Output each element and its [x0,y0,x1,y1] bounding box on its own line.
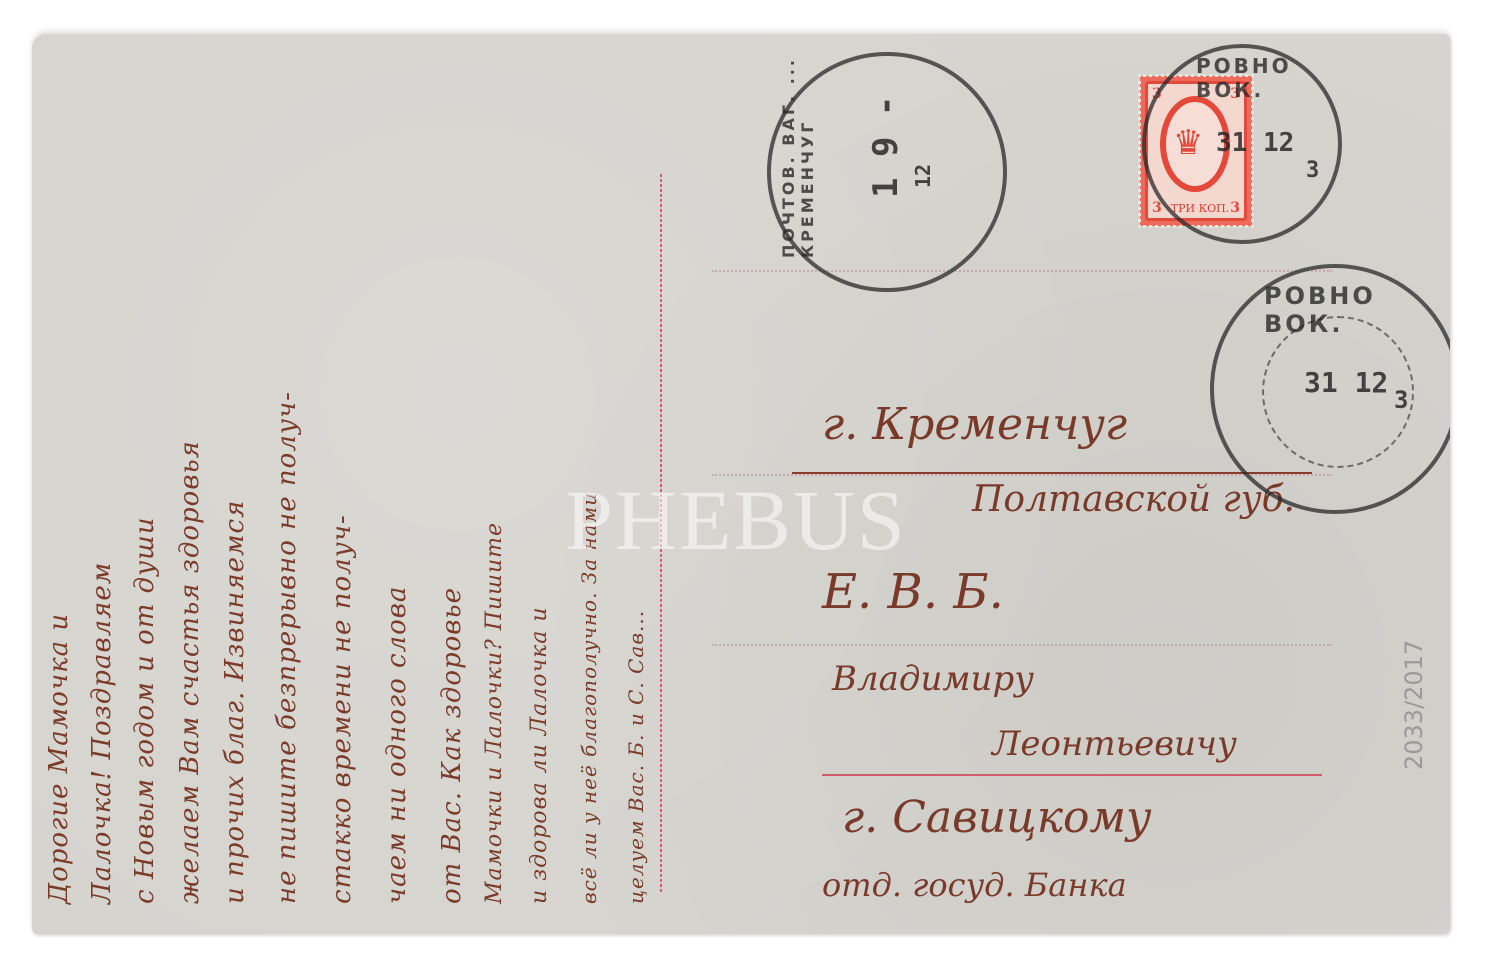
message-line: стакко времени не получ- [327,514,357,904]
message-line: с Новым годом и от души [130,516,160,904]
archive-number: 2033/2017 [1400,640,1428,770]
phebus-watermark: PHEBUS [565,470,907,570]
address-city: г. Кременчуг [822,399,1127,450]
address-rule [712,270,1332,272]
address-first-name: Владимиру [832,659,1034,699]
address-surname: г. Савицкому [842,792,1152,843]
message-line: от Вас. Как здоровье [437,587,467,904]
message-line: и здорова ли Лалочка и [527,606,552,904]
postmark-rovno-top: РОВНО ВОК. 31 12 3 [1142,44,1342,244]
address-rule [712,644,1332,646]
address-institution: отд. госуд. Банка [822,866,1127,904]
message-line: Лалочка! Поздравляем [87,562,117,904]
message-line: и прочих благ. Извиняемся [220,500,250,904]
message-line: не пишите безпрерывно не получ- [272,391,302,904]
message-line: Мамочки и Лалочки? Пишите [482,522,507,904]
message-line: Дорогие Мамочка и [44,613,74,904]
message-line: целуем Вас. Б. и С. Сав... [624,610,648,904]
message-line: желаем Вам счастья здоровья [175,440,205,904]
postmark-rovno-bottom: РОВНО ВОК. 31 12 3 [1210,264,1450,514]
postcard: Дорогие Мамочка и Лалочка! Поздравляем с… [32,34,1450,934]
message-line: чаем ни одного слова [382,586,412,904]
postmark-railway: ПОЧТОВ. ВАГ. ... КРЕМЕНЧУГ 1 9 - 12 [767,52,1007,292]
address-title: Е. В. Б. [822,564,1004,620]
address-province: Полтавской губ. [972,479,1295,520]
address-patronymic: Леонтьевичу [992,724,1237,764]
red-underline [822,774,1322,776]
